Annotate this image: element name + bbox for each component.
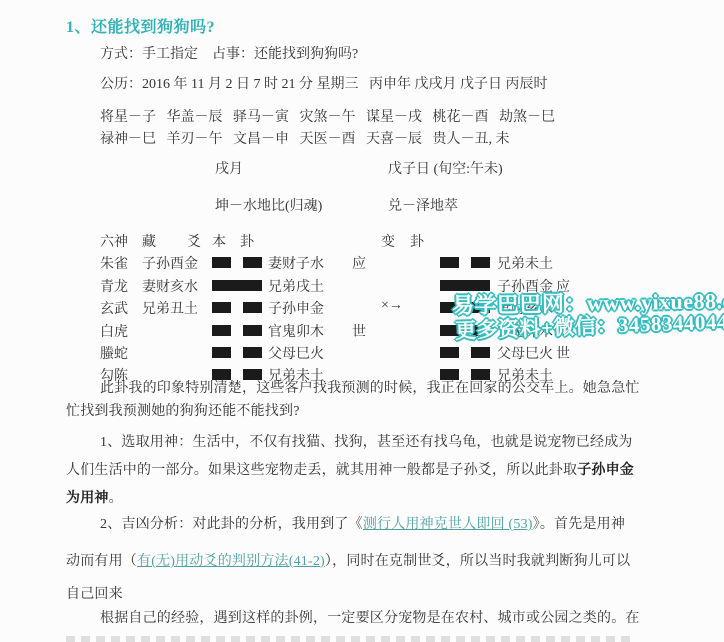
ben-gua-line-symbol: [212, 280, 262, 291]
bold-usegod-text: 子孙申金: [577, 463, 634, 478]
col-bian: 变: [381, 231, 395, 251]
reference-link-41-2[interactable]: 有(无)用动爻的判别方法(41-2): [137, 554, 325, 569]
reference-link-53[interactable]: 测行人用神克世人即回 (53): [363, 517, 533, 532]
six-god-label: 螣蛇: [100, 343, 128, 363]
bian-yao-label: 父母巳火: [497, 343, 553, 363]
bian-gua-line-symbol: [440, 257, 490, 268]
ben-yao-label: 父母巳火: [268, 343, 324, 363]
method-line: 方式：手工指定 占事：还能找到狗狗吗?: [100, 46, 358, 64]
hidden-yao-label: 妻财亥水: [142, 276, 198, 296]
paragraph-text: 人们生活中的一部分。如果这些宠物走丢，就其用神一般都是子孙爻，所以此卦取: [66, 463, 577, 478]
ben-gua-name: 坤－水地比(归魂): [215, 198, 322, 216]
ben-yao-label: 子孙申金: [268, 298, 324, 318]
cut-off-text-line: [66, 636, 631, 642]
col-cang: 藏: [142, 231, 156, 251]
bian-gua-name: 兑－泽地萃: [388, 198, 458, 216]
col-ben: 本: [212, 231, 226, 251]
bold-usegod-text: 为用神: [66, 491, 109, 506]
paragraph-text: 。: [109, 491, 123, 506]
moving-line-marker: ×→: [381, 298, 403, 314]
page-title: 1、还能找到狗狗吗?: [66, 18, 215, 38]
col-liushen: 六神: [100, 231, 128, 251]
shensha-line-2: 禄神－巳 羊刃－午 文昌－申 天医－酉 天喜－辰 贵人－丑, 未: [100, 131, 510, 149]
six-god-label: 青龙: [100, 276, 128, 296]
hexagram-row: 朱雀 子孙酉金 妻财子水 应 兄弟未土: [0, 253, 724, 271]
paragraph-2-line-3: 为用神。: [66, 490, 123, 508]
ben-gua-line-symbol: [212, 325, 262, 336]
shi-ying-mark: 应: [352, 253, 366, 273]
bian-gua-line-symbol: [440, 347, 490, 358]
paragraph-4-line-1: 动而有用（有(无)用动爻的判别方法(41-2)），同时在克制世爻，所以当时我就判…: [66, 553, 630, 571]
six-god-label: 玄武: [100, 298, 128, 318]
paragraph-text: 2、吉凶分析：对此卦的分析，我用到了《: [100, 517, 363, 532]
paragraph-4-line-2: 自己回来: [66, 586, 123, 604]
hidden-yao-label: 子孙酉金: [142, 253, 198, 273]
ben-yao-label: 兄弟戌土: [268, 276, 324, 296]
hexagram-table-header: 六神 藏 爻 本 卦 变 卦: [0, 231, 724, 249]
date-line: 公历：2016 年 11 月 2 日 7 时 21 分 星期三 丙申年 戊戌月 …: [100, 76, 547, 94]
ben-gua-line-symbol: [212, 302, 262, 313]
shensha-line-1: 将星－子 华盖－辰 驿马－寅 灾煞－午 谋星－戌 桃花－酉 劫煞－巳: [100, 109, 555, 127]
shi-ying-mark: 世: [352, 321, 366, 341]
col-ben-gua: 卦: [240, 231, 254, 251]
shi-ying-mark: 世: [556, 343, 570, 363]
bian-yao-label: 兄弟未土: [497, 253, 553, 273]
hidden-yao-label: 兄弟丑土: [142, 298, 198, 318]
paragraph-3-line-1: 2、吉凶分析：对此卦的分析，我用到了《测行人用神克世人即回 (53)》。首先是用…: [100, 516, 625, 534]
paragraph-2-line-1: 1、选取用神：生活中，不仅有找猫、找狗，甚至还有找乌龟，也就是说宠物已经成为: [100, 434, 633, 452]
ben-gua-line-symbol: [212, 369, 262, 380]
paragraph-text: 动而有用（: [66, 554, 137, 569]
bian-gua-line-symbol: [440, 369, 490, 380]
document-page: 1、还能找到狗狗吗? 方式：手工指定 占事：还能找到狗狗吗? 公历：2016 年…: [0, 0, 724, 642]
col-bian-gua: 卦: [410, 231, 424, 251]
col-yao: 爻: [187, 231, 201, 251]
paragraph-text: 》。首先是用神: [533, 517, 625, 532]
ben-gua-line-symbol: [212, 347, 262, 358]
six-god-label: 白虎: [100, 321, 128, 341]
six-god-label: 朱雀: [100, 253, 128, 273]
paragraph-text: ），同时在克制世爻，所以当时我就判断狗儿可以: [325, 554, 630, 569]
month-label: 戌月: [215, 161, 243, 179]
day-label: 戊子日 (旬空:午未): [388, 161, 503, 179]
paragraph-1-line-2: 忙找到我预测她的狗狗还能不能找到?: [66, 403, 300, 421]
paragraph-1-line-1: 此卦我的印象特别清楚，这些客户找我预测的时候，我正在回家的公交车上。她急急忙: [100, 380, 640, 398]
paragraph-2-line-2: 人们生活中的一部分。如果这些宠物走丢，就其用神一般都是子孙爻，所以此卦取子孙申金: [66, 462, 634, 480]
ben-yao-label: 妻财子水: [268, 253, 324, 273]
ben-gua-line-symbol: [212, 257, 262, 268]
hexagram-row: 螣蛇 父母巳火 父母巳火 世: [0, 343, 724, 361]
ben-yao-label: 官鬼卯木: [268, 321, 324, 341]
paragraph-5-line-1: 根据自己的经验，遇到这样的卦例，一定要区分宠物是在农村、城市或公园之类的。在: [100, 610, 640, 628]
